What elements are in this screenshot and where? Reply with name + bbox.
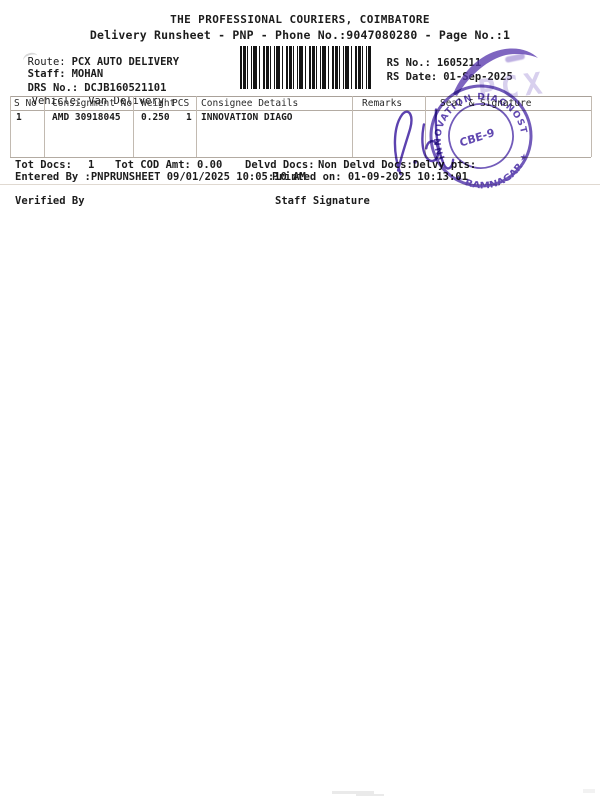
cell-weight: 0.250 (141, 112, 170, 123)
table-border-right (591, 96, 592, 157)
barcode-icon (240, 46, 371, 89)
col-header-pcs: PCS (172, 98, 189, 109)
company-seal-stamp: INNOVATION DIAGNOSTICS ★ RAMNAGAR ★ CBE-… (418, 76, 544, 198)
entered-by-line: Entered By :PNPRUNSHEET 09/01/2025 10:05… (15, 171, 306, 183)
cell-pcs: 1 (186, 112, 192, 123)
cell-sno: 1 (16, 112, 22, 123)
col-rule-sno (44, 96, 45, 157)
cell-consignee: INNOVATION DIAGO (201, 112, 293, 123)
tot-docs-label: Tot Docs: (15, 159, 72, 171)
scan-artifact-smudge (356, 794, 384, 796)
verified-by-label: Verified By (15, 195, 85, 207)
stamp-center-text: CBE-9 (458, 126, 496, 150)
col-header-sno: S No (14, 98, 37, 109)
col-header-consignment: Consignment No (52, 98, 132, 109)
scan-artifact-smudge (583, 789, 595, 793)
col-rule-consignee (352, 96, 353, 157)
col-header-weight: Weight (141, 98, 175, 109)
col-rule-consignment (133, 96, 134, 157)
col-header-consignee: Consignee Details (201, 98, 298, 109)
table-border-left (10, 96, 11, 157)
staff-signature-label: Staff Signature (275, 195, 370, 207)
delvd-docs-label: Delvd Docs: (245, 159, 315, 171)
tot-cod-value: 0.00 (197, 159, 222, 171)
cell-consignment: AMD 30918045 (52, 112, 121, 123)
col-rule-pcs (196, 96, 197, 157)
tot-cod-label: Tot COD Amt: (115, 159, 191, 171)
tot-docs-value: 1 (88, 159, 94, 171)
svg-text:★ RAMNAGAR ★: ★ RAMNAGAR ★ (450, 149, 538, 198)
scanned-delivery-runsheet: { "page": { "bg": "#ffffff", "ink": "#1c… (0, 0, 600, 800)
company-title: THE PROFESSIONAL COURIERS, COIMBATORE (0, 13, 600, 26)
stamp-ring-bottom-text: ★ RAMNAGAR ★ (450, 149, 538, 198)
